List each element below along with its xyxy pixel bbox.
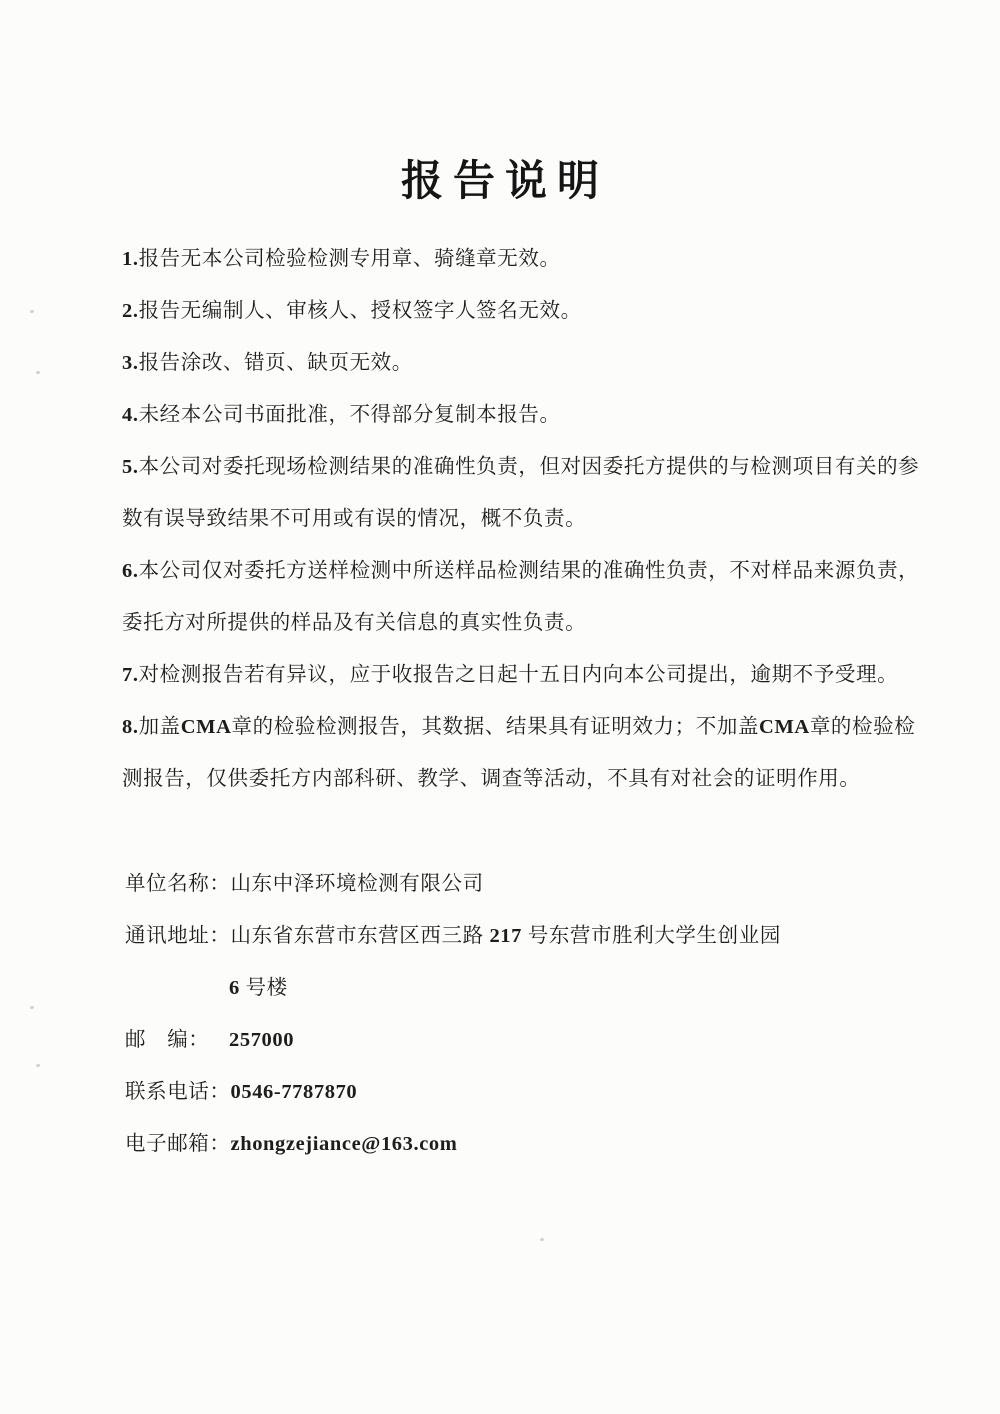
scan-speck [30, 1005, 35, 1009]
scan-speck [30, 309, 35, 313]
contact-label: 联系电话： [125, 1066, 231, 1118]
contact-label: 电子邮箱： [125, 1118, 231, 1170]
notice-item-6-line: 6.本公司仅对委托方送样检测中所送样品检测结果的准确性负责，不对样品来源负责， [122, 545, 932, 597]
notice-item-7-line: 7.对检测报告若有异议，应于收报告之日起十五日内向本公司提出，逾期不予受理。 [122, 649, 932, 701]
contact-row: 联系电话：0546-7787870 [125, 1066, 955, 1118]
contact-row: 电子邮箱：zhongzejiance@163.com [125, 1118, 955, 1170]
contact-value: 0546-7787870 [231, 1081, 358, 1103]
page-title: 报告说明 [0, 153, 1000, 211]
notice-list: 1.报告无本公司检验检测专用章、骑缝章无效。2.报告无编制人、审核人、授权签字人… [122, 233, 932, 805]
notice-item-8-line: 8.加盖CMA章的检验检测报告，其数据、结果具有证明效力；不加盖CMA章的检验检 [122, 701, 932, 753]
contact-section: 单位名称：山东中泽环境检测有限公司通讯地址：山东省东营市东营区西三路 217 号… [125, 858, 955, 1170]
notice-item-8-line: 测报告，仅供委托方内部科研、教学、调查等活动，不具有对社会的证明作用。 [122, 753, 932, 805]
contact-label: 通讯地址： [125, 910, 231, 962]
contact-value: 山东中泽环境检测有限公司 [231, 873, 484, 895]
notice-item-1-line: 1.报告无本公司检验检测专用章、骑缝章无效。 [122, 233, 932, 285]
notice-item-6-line: 委托方对所提供的样品及有关信息的真实性负责。 [122, 597, 932, 649]
contact-value: 257000 [229, 1029, 294, 1051]
contact-label: 单位名称： [125, 858, 231, 910]
scan-speck [36, 1063, 41, 1067]
notice-item-2-line: 2.报告无编制人、审核人、授权签字人签名无效。 [122, 285, 932, 337]
document-page: 报告说明 1.报告无本公司检验检测专用章、骑缝章无效。2.报告无编制人、审核人、… [0, 0, 1000, 1414]
scan-speck [36, 370, 41, 374]
contact-row: 6 号楼 [125, 962, 955, 1014]
contact-row: 单位名称：山东中泽环境检测有限公司 [125, 858, 955, 910]
contact-value: zhongzejiance@163.com [231, 1133, 458, 1155]
contact-row: 邮 编：257000 [125, 1014, 955, 1066]
notice-item-4-line: 4.未经本公司书面批准，不得部分复制本报告。 [122, 389, 932, 441]
contact-value: 6 号楼 [229, 977, 288, 999]
contact-row: 通讯地址：山东省东营市东营区西三路 217 号东营市胜利大学生创业园 [125, 910, 955, 962]
contact-label: 邮 编： [125, 1014, 229, 1066]
contact-value: 山东省东营市东营区西三路 217 号东营市胜利大学生创业园 [231, 925, 781, 947]
notice-item-3-line: 3.报告涂改、错页、缺页无效。 [122, 337, 932, 389]
notice-item-5-line: 5.本公司对委托现场检测结果的准确性负责，但对因委托方提供的与检测项目有关的参 [122, 441, 932, 493]
notice-item-5-line: 数有误导致结果不可用或有误的情况，概不负责。 [122, 493, 932, 545]
scan-speck [540, 1237, 545, 1241]
